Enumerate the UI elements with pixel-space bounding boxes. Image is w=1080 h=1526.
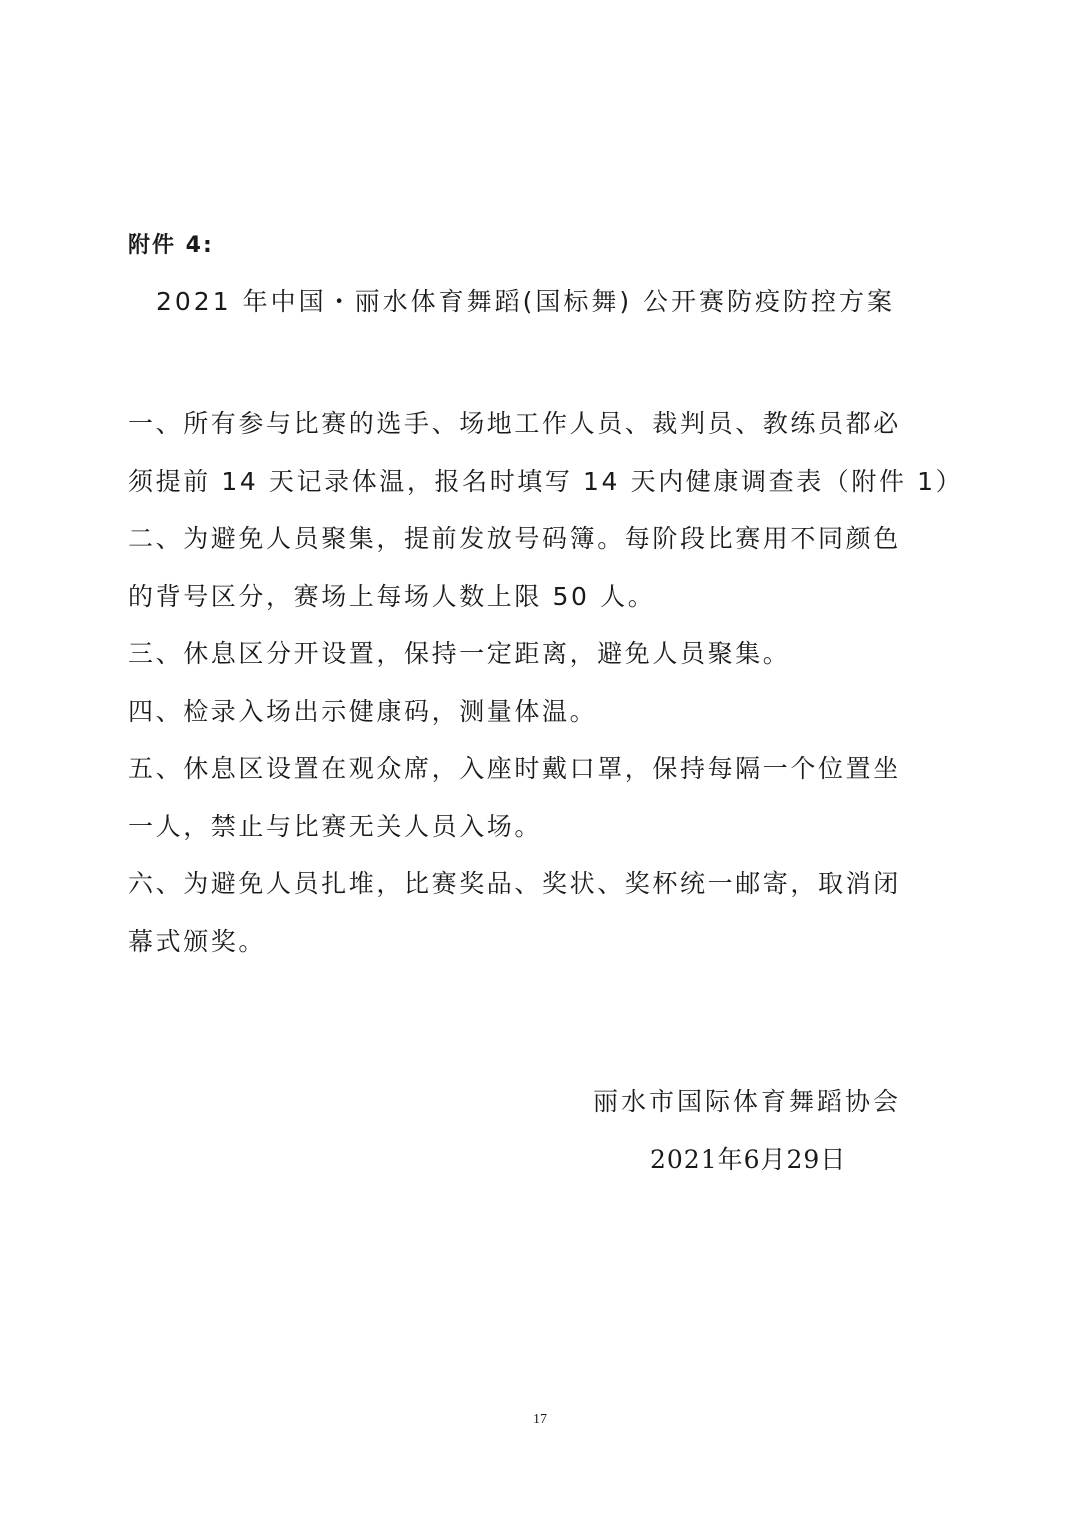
body-line: 六、为避免人员扎堆，比赛奖品、奖状、奖杯统一邮寄，取消闭 xyxy=(128,855,948,913)
body-line: 四、检录入场出示健康码，测量体温。 xyxy=(128,683,948,741)
document-title: 2021 年中国・丽水体育舞蹈(国标舞) 公开赛防疫防控方案 xyxy=(156,282,895,318)
body-line: 一人，禁止与比赛无关人员入场。 xyxy=(128,798,948,856)
attachment-label: 附件 4: xyxy=(128,228,214,259)
signature-date: 2021年6月29日 xyxy=(650,1140,846,1176)
body-line: 幕式颁奖。 xyxy=(128,913,948,971)
document-body: 一、所有参与比赛的选手、场地工作人员、裁判员、教练员都必 须提前 14 天记录体… xyxy=(128,395,948,970)
body-line: 的背号区分，赛场上每场人数上限 50 人。 xyxy=(128,568,948,626)
body-line: 须提前 14 天记录体温，报名时填写 14 天内健康调查表（附件 1） xyxy=(128,453,948,511)
body-line: 一、所有参与比赛的选手、场地工作人员、裁判员、教练员都必 xyxy=(128,395,948,453)
signature-organization: 丽水市国际体育舞蹈协会 xyxy=(593,1082,901,1118)
page-number: 17 xyxy=(0,1412,1080,1428)
document-page: 附件 4: 2021 年中国・丽水体育舞蹈(国标舞) 公开赛防疫防控方案 一、所… xyxy=(0,0,1080,1526)
body-line: 五、休息区设置在观众席，入座时戴口罩，保持每隔一个位置坐 xyxy=(128,740,948,798)
body-line: 二、为避免人员聚集，提前发放号码簿。每阶段比赛用不同颜色 xyxy=(128,510,948,568)
body-line: 三、休息区分开设置，保持一定距离，避免人员聚集。 xyxy=(128,625,948,683)
